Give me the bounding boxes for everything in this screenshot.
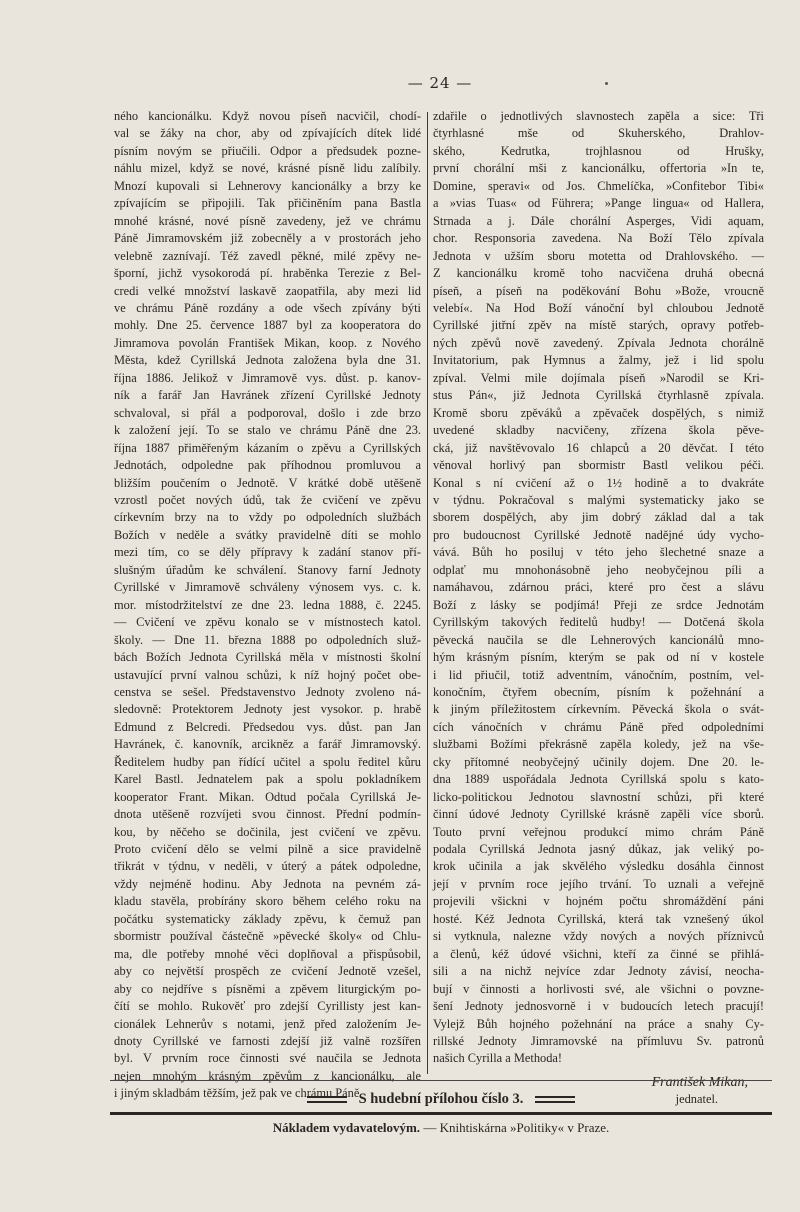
text-line: Mnozí kupovali si Lehnerovy kancionálky …	[114, 178, 421, 195]
text-line: čtyrhlasné mše od Skuherského, Drahlov-	[433, 125, 764, 142]
text-line: censtva se sešel. Představenstvo Jednoty…	[114, 684, 421, 701]
text-line: i lid přiučil, totiž adventním, vánočním…	[433, 667, 764, 684]
text-line: ského, Kedrutka, trojhlasnou od Hrušky,	[433, 143, 764, 160]
double-rule-left-icon	[307, 1096, 347, 1103]
text-line: val se žáky na chor, aby od zpívajících …	[114, 125, 421, 142]
text-line: dnoty Cyrillské ve farnosti zdejší již v…	[114, 1033, 421, 1050]
signature-name: František Mikan,	[433, 1074, 764, 1091]
double-rule-right-icon	[535, 1096, 575, 1103]
text-line: Karel Bastl. Jednatelem pak a spolu pokl…	[114, 771, 421, 788]
text-line: credi velké množství laskavě zaopatřila,…	[114, 283, 421, 300]
text-line: ných zpěvů nově zavedený. Zpívala Jednot…	[433, 335, 764, 352]
text-line: dnota utěšeně rozvíjeti svou činnost. Př…	[114, 806, 421, 823]
text-line: šporní, jichž vysokorodá pí. hraběnka Te…	[114, 265, 421, 282]
text-line: píseň, a píseň na poděkování Bohu »Bože,…	[433, 283, 764, 300]
text-line: našich Cyrilla a Methoda!	[433, 1050, 764, 1067]
text-line: schvaloval, si přál a podporoval, došlo …	[114, 405, 421, 422]
text-line: Vylejž Bůh hojného požehnání na práce a …	[433, 1016, 764, 1033]
imprint-publisher: Nákladem vydavatelovým.	[273, 1120, 420, 1135]
text-line: sborem dospělých, aby jim dobrý základ d…	[433, 509, 764, 526]
text-line: sbormistr používal částečně »pěvecké ško…	[114, 928, 421, 945]
text-line: bují v činnosti a horlivosti své, ale vš…	[433, 981, 764, 998]
text-line: Havránek, č. kanovník, arcikněz a farář …	[114, 736, 421, 753]
text-line: vždy nejméně hodinu. Aby Jednota na pevn…	[114, 876, 421, 893]
text-line: čítí se mohlo. Rukověť pro zdejší Cyrill…	[114, 998, 421, 1015]
text-line: Touto první veřejnou produkcí mimo chrám…	[433, 824, 764, 841]
text-line: Boží z lásky se podjímá! Přeji ze srdce …	[433, 597, 764, 614]
right-column: zdařile o jednotlivých slavnostech zapěl…	[433, 108, 764, 1109]
text-line: první chorální mši z kancionálku, offert…	[433, 160, 764, 177]
text-line: nejen mnohým krásným zpěvům z kancionálk…	[114, 1068, 421, 1085]
text-line: velebně zaznívají. Též zavedl pěkné, mil…	[114, 248, 421, 265]
text-line: si vytknula, nalezne vždy nových a novýc…	[433, 928, 764, 945]
text-line: hosté. Kéž Jednota Cyrillská, která tak …	[433, 911, 764, 928]
text-line: třikrát v týdnu, v neděli, v úterý a pát…	[114, 858, 421, 875]
divider-rule	[110, 1080, 772, 1081]
imprint: Nákladem vydavatelovým. — Knihtiskárna »…	[110, 1120, 772, 1136]
text-line: její v prvním roce jejího trvání. To uzn…	[433, 876, 764, 893]
supplement-note: S hudební přílohou číslo 3.	[110, 1091, 772, 1108]
text-line: k jiným příležitostem církevním. Pěvecká…	[433, 701, 764, 718]
text-line: k založení její. To se stalo ve chrámu P…	[114, 422, 421, 439]
supplement-text: S hudební přílohou číslo 3.	[359, 1091, 524, 1108]
text-line: Jimramova povolán František Mikan, koop.…	[114, 335, 421, 352]
text-line: cionálek Lehnerův s notami, jenž před za…	[114, 1016, 421, 1033]
text-line: kladu stavěla, probírány skoro během cel…	[114, 893, 421, 910]
text-line: uvedené skladby nacvičeny, zřízena škola…	[433, 422, 764, 439]
text-line: ma, dle potřeby mnohé věci doplňoval a p…	[114, 946, 421, 963]
text-line: cích vánočních v chrámu Páně před odpole…	[433, 719, 764, 736]
text-line: Cyrillské v Jimramově schváleny výnosem …	[114, 579, 421, 596]
text-line: v týdnu. Pokračoval s malými systematick…	[433, 492, 764, 509]
text-line: sili a na nichž nejvíce zdar Jednoty záv…	[433, 963, 764, 980]
text-line: dna 1889 uspořádala Jednota Cyrillská sp…	[433, 771, 764, 788]
text-line: zdařile o jednotlivých slavnostech zapěl…	[433, 108, 764, 125]
text-line: šení Jednoty jednosvorně i v budoucích l…	[433, 998, 764, 1015]
text-line: chor. Responsoria zavedena. Na Boží Tělo…	[433, 230, 764, 247]
text-line: zpíval. Velmi mile dojímala píseň »Narod…	[433, 370, 764, 387]
text-line: školy. — Dne 11. března 1888 po odpoledn…	[114, 632, 421, 649]
text-line: vzrostl počet nových údů, tak že cvičení…	[114, 492, 421, 509]
text-line: Edmund z Belcredi. Předsedou vys. důst. …	[114, 719, 421, 736]
text-line: října 1886. Jelikož v Jimramově vys. důs…	[114, 370, 421, 387]
text-line: ustavující první valnou schůzi, k níž ho…	[114, 667, 421, 684]
text-line: Jednotách, odpoledne pak příhodnou proml…	[114, 457, 421, 474]
text-line: činní údové Jednoty Cyrillské krásně zap…	[433, 806, 764, 823]
text-line: věnoval horlivý pan sbormistr Bastl veli…	[433, 457, 764, 474]
text-line: počátku systematicky základy zpěvu, k če…	[114, 911, 421, 928]
text-line: Páně Jimramovském již zobecněly a v pros…	[114, 230, 421, 247]
text-line: vává. Bůh ho posiluj v této jeho šlechet…	[433, 544, 764, 561]
text-line: byl. V prvním roce činnosti své naučila …	[114, 1050, 421, 1067]
text-line: ve chrámu Páně rozdány a ode všech zpívá…	[114, 300, 421, 317]
text-line: službami Božími překrásně zapěla koledy,…	[433, 736, 764, 753]
text-line: cky přítomné neobyčejný učinily dojem. D…	[433, 754, 764, 771]
text-line: Božích v neděle a svátky pravidelně díti…	[114, 527, 421, 544]
column-divider	[427, 112, 428, 1074]
text-line: Proto cvičení dělo se velmi pilně a sice…	[114, 841, 421, 858]
text-line: hým krásným písním, kterým se pak od ní …	[433, 649, 764, 666]
text-line: Invitatorium, pak Hymnus a žalmy, jež i …	[433, 352, 764, 369]
text-line: pěvecká naučila se dle Lehnerových kanci…	[433, 632, 764, 649]
text-line: — Cvičení ve zpěvu konalo se v místnoste…	[114, 614, 421, 631]
left-column: ného kancionálku. Když novou píseň nacvi…	[114, 108, 421, 1103]
text-line: Kromě sboru zpěváků a zpěvaček dospělých…	[433, 405, 764, 422]
text-line: písním novým se přiučili. Odpor a předsu…	[114, 143, 421, 160]
text-line: náhlu mizel, když se nové, krásné písně …	[114, 160, 421, 177]
text-line: cká, již navštěvovalo 16 chlapců a 20 dě…	[433, 440, 764, 457]
text-line: bližším poučením o Jednotě. V krátké dob…	[114, 475, 421, 492]
article-body: ného kancionálku. Když novou píseň nacvi…	[114, 108, 766, 1074]
text-line: projevili všickni v hojném počtu shromáž…	[433, 893, 764, 910]
text-line: krok učinila a jak skvělého výsledku dos…	[433, 858, 764, 875]
text-line: Strnada a j. Dále chorální Asperges, Vid…	[433, 213, 764, 230]
text-line: bách Božích Jednota Cyrillská měla v mís…	[114, 649, 421, 666]
imprint-separator: —	[423, 1120, 436, 1135]
text-line: Domine, speravi« od Jos. Chmelíčka, »Con…	[433, 178, 764, 195]
text-line: mor. místodržitelství ze dne 23. ledna 1…	[114, 597, 421, 614]
text-line: Ředitelem hudby pan řídící učitel a spol…	[114, 754, 421, 771]
imprint-printer: Knihtiskárna »Politiky« v Praze.	[440, 1120, 610, 1135]
text-line: října 1887 přiměřeným kázaním o zpěvu a …	[114, 440, 421, 457]
text-line: a členů, kéž údové všichni, kteří za čin…	[433, 946, 764, 963]
text-line: Konal s ní cvičení až o 1½ hodině a to d…	[433, 475, 764, 492]
text-line: sledovně: Protektorem Jednoty jest vysok…	[114, 701, 421, 718]
text-line: Cyrillské jitřní zpěv na místě starých, …	[433, 317, 764, 334]
text-line: slušným úřadům ke schválení. Stanovy far…	[114, 562, 421, 579]
text-line: podala Cyrillská Jednota jasný důkaz, ja…	[433, 841, 764, 858]
text-line: kooperator Frant. Mikan. Odtud počala Cy…	[114, 789, 421, 806]
text-line: rillské Jednoty Jimramovské na přímluvu …	[433, 1033, 764, 1050]
print-speck	[605, 82, 608, 85]
text-line: velebí«. Na Hod Boží vánoční byl chloubo…	[433, 300, 764, 317]
text-line: ného kancionálku. Když novou píseň nacvi…	[114, 108, 421, 125]
text-line: ník a farář Jan Havránek zřízení Cyrills…	[114, 387, 421, 404]
text-line: licko-politickou Jednotou slavnostní sch…	[433, 789, 764, 806]
page-number: — 24 —	[0, 74, 800, 92]
text-line: aby co nejdříve s písněmi a zpěvem litur…	[114, 981, 421, 998]
text-line: mezi tím, co se děly přípravy k zadání s…	[114, 544, 421, 561]
text-line: aby co největší prospěch ze cvičení Jedn…	[114, 963, 421, 980]
text-line: stus Pán«, již Jednota Cyrillská čtyrhla…	[433, 387, 764, 404]
text-line: konočním, čtyřem obecním, písním k požeh…	[433, 684, 764, 701]
text-line: kou, by něčeho se dočinila, jest cvičení…	[114, 824, 421, 841]
right-column-text: zdařile o jednotlivých slavnostech zapěl…	[433, 108, 764, 1068]
text-line: zpívajícím se připojili. Tak přičiněním …	[114, 195, 421, 212]
text-line: mnohé krásné, nové písně zavedeny, jež v…	[114, 213, 421, 230]
text-line: mohly. Dne 25. července 1887 byl za koop…	[114, 317, 421, 334]
text-line: Z kancionálku kromě toho nacvičena druhá…	[433, 265, 764, 282]
heavy-divider-rule	[110, 1112, 772, 1115]
text-line: Cyrillským takových ředitelů hudby! — Do…	[433, 614, 764, 631]
text-line: Města, kdež Cyrillská Jednota založena b…	[114, 352, 421, 369]
text-line: Jednota v užším sboru motetta od Drahlov…	[433, 248, 764, 265]
text-line: církevním brzy na to vždy po odpoledních…	[114, 509, 421, 526]
text-line: a »vias Tuas« od Führera; »Pange lingua«…	[433, 195, 764, 212]
text-line: namáhavou, zdárnou práci, které pro čest…	[433, 579, 764, 596]
text-line: pro budoucnost Cyrillské Jednotě nadějné…	[433, 527, 764, 544]
text-line: odplať mu mnohonásobně jeho neobyčejnou …	[433, 562, 764, 579]
